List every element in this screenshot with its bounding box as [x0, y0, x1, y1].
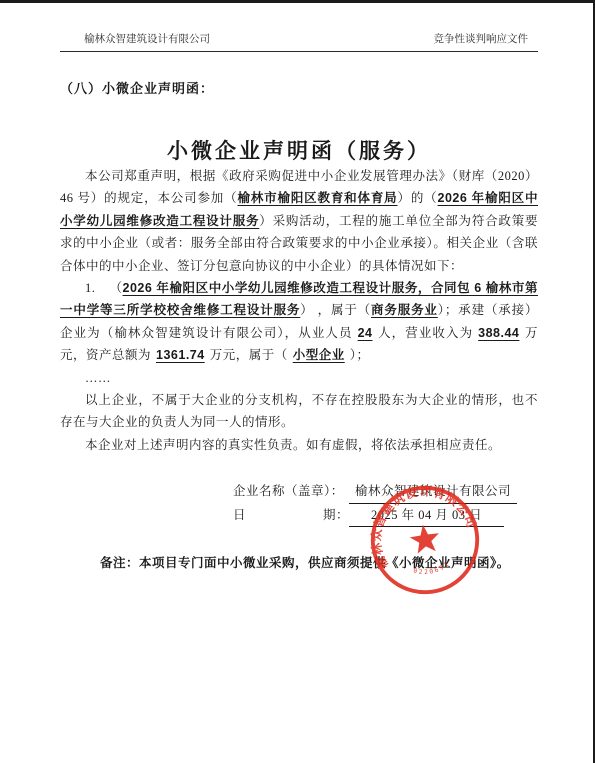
signature-date-row: 日期： 2025 年 04 月 03 日 [233, 504, 538, 528]
document-content: 榆林众智建筑设计有限公司 竞争性谈判响应文件 （八）小微企业声明函： 小微企业声… [0, 31, 593, 571]
employee-count: 24 [353, 326, 378, 340]
date-value: 2025 年 04 月 03 日 [349, 504, 504, 528]
item-open-paren: （ [109, 281, 122, 295]
item-text-3: 人，营业收入为 [377, 326, 473, 340]
paragraph-no-branch: 以上企业，不属于大企业的分支机构，不存在控股股东为大企业的情形，也不存在与大企业… [60, 389, 538, 434]
paragraph-item-1: 1.（2026 年榆阳区中小学幼儿园维修改造工程设计服务，合同包 6 榆林市第一… [60, 277, 538, 367]
signature-company-row: 企业名称（盖章）： 榆林众智建筑设计有限公司 [233, 480, 538, 504]
item-text-5: 万元，属于（ [210, 348, 288, 362]
item-number: 1. [85, 281, 95, 295]
section-heading: （八）小微企业声明函： [60, 78, 538, 97]
purchaser-name: 榆林市榆阳区教育和体育局 [237, 191, 397, 205]
page-header: 榆林众智建筑设计有限公司 竞争性谈判响应文件 [60, 31, 538, 52]
date-label: 日期： [233, 504, 349, 527]
date-label-char2: 期： [323, 504, 349, 527]
paragraph-truthfulness: 本企业对上述声明内容的真实性负责。如有虚假，将依法承担相应责任。 [60, 434, 538, 456]
ellipsis-line: …… [60, 367, 538, 389]
item-close-paren: ）； [350, 348, 370, 362]
company-seal-value: 榆林众智建筑设计有限公司 [349, 480, 517, 504]
paragraph-intro: 本公司郑重声明，根据《政府采购促进中小企业发展管理办法》（财库（2020）46 … [60, 165, 538, 277]
header-document-type: 竞争性谈判响应文件 [434, 31, 529, 46]
document-page: 榆林众智建筑设计有限公司 竞争性谈判响应文件 （八）小微企业声明函： 小微企业声… [0, 0, 595, 763]
enterprise-size: 小型企业 [288, 348, 350, 362]
document-title: 小微企业声明函（服务） [60, 135, 538, 165]
industry-category: 商务服务业 [371, 303, 438, 317]
company-seal-label: 企业名称（盖章）： [233, 480, 349, 503]
footer-note: 备注：本项目专门面中小微业采购，供应商须提供《小微企业声明函》。 [100, 553, 538, 571]
revenue-amount: 388.44 [473, 326, 524, 340]
header-company-name: 榆林众智建筑设计有限公司 [84, 31, 210, 46]
signature-block: 企业名称（盖章）： 榆林众智建筑设计有限公司 日期： 2025 年 04 月 0… [233, 480, 538, 527]
intro-text-2: ）的（ [398, 191, 438, 205]
item-text-1: ） ，属于（ [300, 303, 371, 317]
total-assets-amount: 1361.74 [151, 348, 210, 362]
date-label-char1: 日 [233, 504, 246, 527]
